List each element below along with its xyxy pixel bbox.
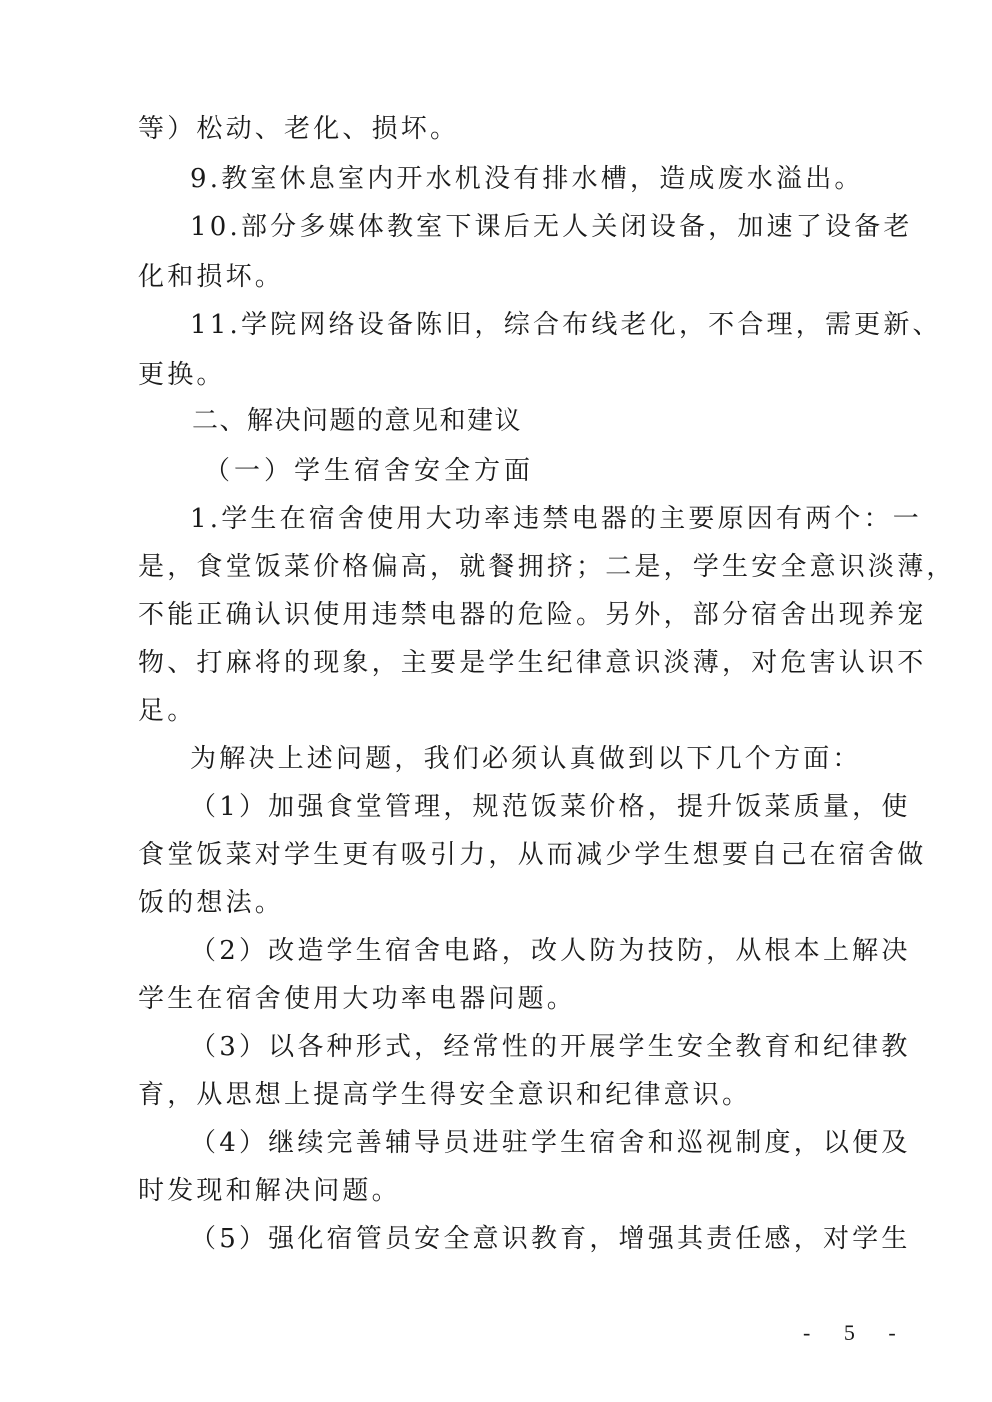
measure-1-line: （1）加强食堂管理，规范饭菜价格，提升饭菜质量，使 <box>190 790 911 824</box>
measure-3-line: （3）以各种形式，经常性的开展学生安全教育和纪律教 <box>190 1030 911 1064</box>
paragraph-1-line: 足。 <box>138 694 196 728</box>
document-page: 等）松动、老化、损坏。 9.教室休息室内开水机没有排水槽，造成废水溢出。 10.… <box>0 0 992 1402</box>
measure-1-line: 食堂饭菜对学生更有吸引力，从而减少学生想要自己在宿舍做 <box>138 838 926 872</box>
list-item-11-cont: 更换。 <box>138 358 226 392</box>
paragraph-1-line: 1.学生在宿舍使用大功率违禁电器的主要原因有两个：一 <box>190 502 922 536</box>
paragraph-1-line: 物、打麻将的现象，主要是学生纪律意识淡薄，对危害认识不 <box>138 646 926 680</box>
list-item-11: 11.学院网络设备陈旧，综合布线老化，不合理，需更新、 <box>190 308 942 342</box>
measure-3-line: 育，从思想上提高学生得安全意识和纪律意识。 <box>138 1078 751 1112</box>
subsection-heading: （一）学生宿舍安全方面 <box>204 454 534 488</box>
paragraph-1-line: 不能正确认识使用违禁电器的危险。另外，部分宿舍出现养宠 <box>138 598 926 632</box>
paragraph-1-line: 是，食堂饭菜价格偏高，就餐拥挤；二是，学生安全意识淡薄， <box>138 550 956 584</box>
list-item-10: 10.部分多媒体教室下课后无人关闭设备，加速了设备老 <box>190 210 913 244</box>
list-item-9: 9.教室休息室内开水机没有排水槽，造成废水溢出。 <box>190 162 864 196</box>
page-number: - 5 - <box>803 1318 910 1348</box>
text-line: 等）松动、老化、损坏。 <box>138 112 459 146</box>
measure-2-line: （2）改造学生宿舍电路，改人防为技防，从根本上解决 <box>190 934 911 968</box>
measure-2-line: 学生在宿舍使用大功率电器问题。 <box>138 982 576 1016</box>
measure-5-line: （5）强化宿管员安全意识教育，增强其责任感，对学生 <box>190 1222 911 1256</box>
list-item-10-cont: 化和损坏。 <box>138 260 284 294</box>
section-heading: 二、解决问题的意见和建议 <box>192 404 522 438</box>
measure-4-line: 时发现和解决问题。 <box>138 1174 401 1208</box>
intro-line: 为解决上述问题，我们必须认真做到以下几个方面： <box>190 742 862 776</box>
measure-4-line: （4）继续完善辅导员进驻学生宿舍和巡视制度，以便及 <box>190 1126 911 1160</box>
measure-1-line: 饭的想法。 <box>138 886 284 920</box>
